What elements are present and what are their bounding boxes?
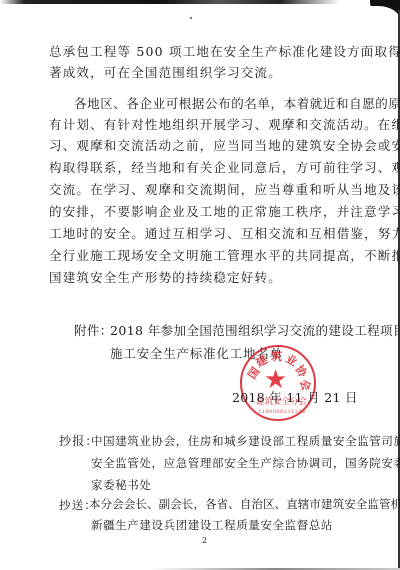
attachment-title-line-1[interactable]: 2018 年参加全国范围组织学习交流的建设工程项目 — [110, 323, 400, 339]
paragraph-line: 各地区、各企业可根据公布的名单，本着就近和自愿的原则， — [74, 96, 400, 112]
scan-top-right-corner — [370, 0, 400, 20]
paragraph-line: 国建筑安全生产形势的持续稳定好转。 — [49, 270, 282, 286]
attachment-label: 附件： — [74, 323, 113, 339]
paragraph-line: 全行业施工现场安全文明施工管理水平的共同提高，不断推进我 — [49, 248, 400, 264]
paragraph-line: 构取得联系，经当地和有关企业同意后，方可前往学习、观摩和 — [49, 160, 400, 176]
paragraph-line: 的安排，不要影响企业及工地的正常施工秩序，并注意学习观摩 — [49, 204, 400, 220]
page-number: 2 — [202, 536, 207, 545]
paragraph-line: 工地时的安全。通过互相学习、互相交流和互相借鉴，努力推动 — [49, 226, 400, 242]
paragraph-line: 总承包工程等 500 项工地在安全生产标准化建设方面取得了显 — [49, 44, 400, 60]
document-date: 2018 年 11 月 21 日 — [232, 390, 358, 406]
official-seal: 国 建 筑 业 协 会 ★ 建筑安全分会 1100000211242 — [240, 345, 316, 421]
scan-speck — [190, 17, 192, 19]
cc-send-line: 本分会会长、副会长，各省、自治区、直辖市建筑安全监管机构， — [89, 496, 400, 512]
cc-send-line: 新疆生产建设兵团建设工程质量安全监督总站 — [91, 517, 333, 533]
paragraph-line: 习、观摩和交流活动之前，应当同当地的建筑安全协会或安监机 — [49, 138, 400, 154]
cc-report-line: 中国建筑业协会，住房和城乡建设部工程质量安全监管司施工 — [91, 433, 400, 449]
seal-code: 1100000211242 — [258, 409, 306, 415]
seal-arc-char: 筑 — [271, 348, 282, 364]
cc-report-line: 家委秘书处 — [91, 477, 152, 493]
paragraph-line: 交流。在学习、观摩和交流期间，应当尊重和听从当地及该企业 — [49, 182, 400, 198]
cc-report-line: 安全监管处，应急管理部安全生产综合协调司，国务院安委会专 — [91, 455, 400, 471]
paragraph-line: 有计划、有针对性地组织开展学习、观摩和交流活动。在组织学 — [49, 117, 400, 133]
scan-top-edge — [0, 0, 400, 4]
paragraph-line: 著成效，可在全国范围组织学习交流。 — [49, 65, 282, 81]
